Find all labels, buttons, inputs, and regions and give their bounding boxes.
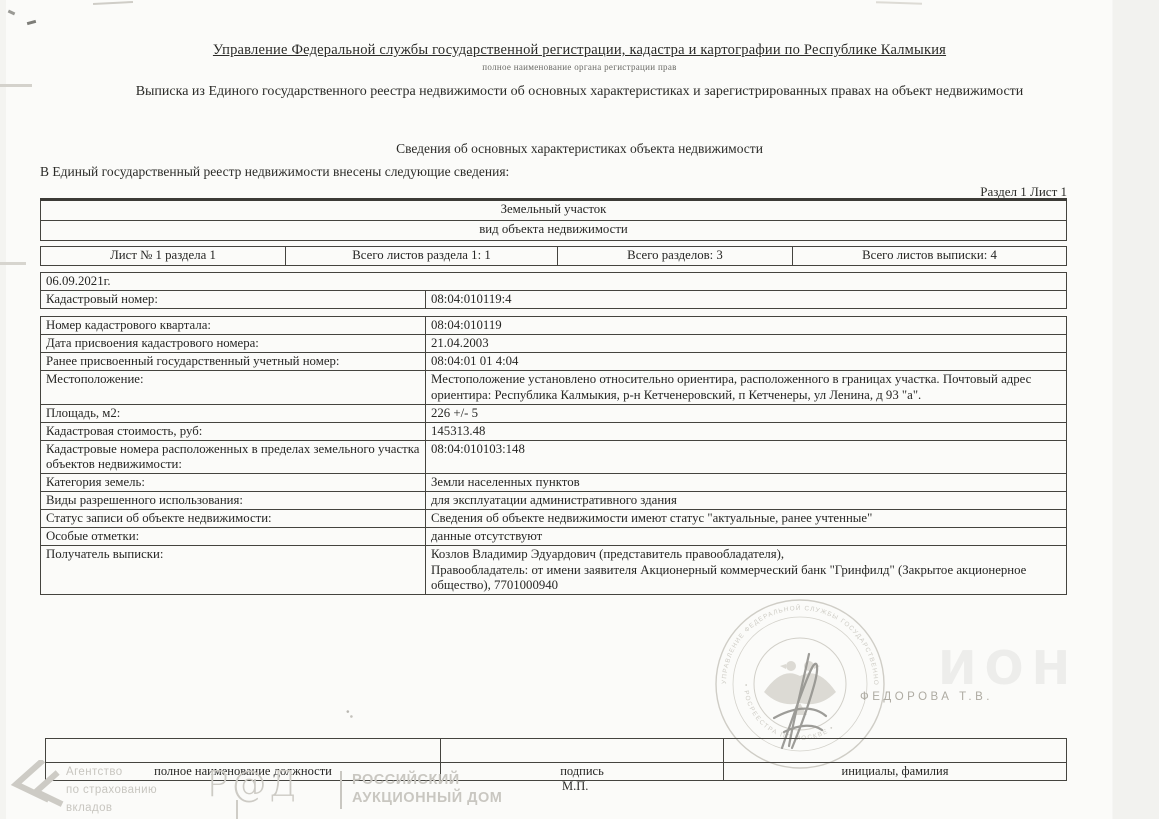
- registration-authority-title: Управление Федеральной службы государств…: [0, 42, 1159, 59]
- scan-streak: [0, 262, 26, 265]
- details-table-top: 06.09.2021г. Кадастровый номер: 08:04:01…: [40, 272, 1067, 309]
- row-label: Статус записи об объекте недвижимости:: [41, 510, 426, 528]
- rad-watermark-text: РОССИЙСКИЙ АУКЦИОННЫЙ ДОМ: [352, 771, 502, 807]
- seal-text-top: УПРАВЛЕНИЕ ФЕДЕРАЛЬНОЙ СЛУЖБЫ ГОСУДАРСТВ…: [712, 596, 879, 686]
- row-label: Площадь, м2:: [41, 404, 426, 422]
- object-type-table: Земельный участок вид объекта недвижимос…: [40, 198, 1067, 241]
- row-value: 08:04:010119:4: [426, 291, 1067, 309]
- asv-logo-icon: [2, 760, 64, 819]
- sheet-number: Лист № 1 раздела 1: [41, 247, 286, 266]
- ghost-watermark: ИОН: [938, 641, 1078, 695]
- total-sections: Всего разделов: 3: [558, 247, 793, 266]
- intro-line: В Единый государственный реестр недвижим…: [40, 164, 509, 180]
- name-cell-empty: [724, 739, 1067, 763]
- row-value: Местоположение установлено относительно …: [426, 371, 1067, 404]
- scanned-document-page: Управление Федеральной службы государств…: [0, 0, 1159, 819]
- rad-logo-divider: [340, 771, 342, 809]
- registrar-name: ФЕДОРОВА Т.В.: [860, 691, 993, 703]
- row-label: Виды разрешенного использования:: [41, 492, 426, 510]
- details-table: Номер кадастрового квартала: 08:04:01011…: [40, 316, 1067, 595]
- row-value: для эксплуатации административного здани…: [426, 492, 1067, 510]
- scan-speck: [27, 20, 36, 25]
- row-value: Сведения об объекте недвижимости имеют с…: [426, 510, 1067, 528]
- row-label: Номер кадастрового квартала:: [41, 317, 426, 335]
- scan-speck: [343, 706, 355, 720]
- svg-text:УПРАВЛЕНИЕ ФЕДЕРАЛЬНОЙ СЛУЖБЫ: УПРАВЛЕНИЕ ФЕДЕРАЛЬНОЙ СЛУЖБЫ ГОСУДАРСТВ…: [712, 596, 879, 686]
- row-label: Кадастровая стоимость, руб:: [41, 422, 426, 440]
- row-label: Категория земель:: [41, 474, 426, 492]
- seal-place-label: М.П.: [562, 779, 588, 794]
- row-value: 08:04:010119: [426, 317, 1067, 335]
- section-title: Сведения об основных характеристиках объ…: [0, 141, 1159, 157]
- extract-date: 06.09.2021г.: [41, 273, 1067, 291]
- row-value: 145313.48: [426, 422, 1067, 440]
- scan-streak: [876, 1, 922, 5]
- position-cell-empty: [46, 739, 441, 763]
- row-label: Дата присвоения кадастрового номера:: [41, 335, 426, 353]
- eagle-emblem: [764, 661, 836, 715]
- row-label: Кадастровые номера расположенных в преде…: [41, 440, 426, 473]
- asv-watermark-text: Агентство по страхованию вкладов: [66, 764, 157, 817]
- row-label: Местоположение:: [41, 371, 426, 404]
- document-title: Выписка из Единого государственного реес…: [0, 84, 1159, 100]
- object-type-caption: вид объекта недвижимости: [41, 221, 1067, 241]
- row-value: 226 +/- 5: [426, 404, 1067, 422]
- row-value: 08:04:01 01 4:04: [426, 353, 1067, 371]
- row-value: Земли населенных пунктов: [426, 474, 1067, 492]
- main-tables: Земельный участок вид объекта недвижимос…: [40, 198, 1067, 595]
- row-value: данные отсутствуют: [426, 528, 1067, 546]
- sheet-info-table: Лист № 1 раздела 1 Всего листов раздела …: [40, 246, 1067, 266]
- signature-block-table: полное наименование должности подпись ин…: [45, 738, 1067, 781]
- object-type-value: Земельный участок: [41, 200, 1067, 221]
- row-value: 08:04:010103:148: [426, 440, 1067, 473]
- name-column-caption: инициалы, фамилия: [724, 763, 1067, 781]
- rad-logo-glyphs: Р@Д: [207, 764, 299, 805]
- authority-caption: полное наименование органа регистрации п…: [0, 62, 1159, 72]
- scan-streak: [93, 1, 133, 5]
- sheets-in-section: Всего листов раздела 1: 1: [286, 247, 558, 266]
- row-label: Кадастровый номер:: [41, 291, 426, 309]
- signature-cell-empty: [441, 739, 724, 763]
- row-label: Получатель выписки:: [41, 546, 426, 594]
- row-label: Особые отметки:: [41, 528, 426, 546]
- row-value: Козлов Владимир Эдуардович (представител…: [426, 546, 1067, 594]
- total-sheets: Всего листов выписки: 4: [793, 247, 1067, 266]
- row-value: 21.04.2003: [426, 335, 1067, 353]
- scan-speck: [8, 10, 16, 16]
- row-label: Ранее присвоенный государственный учетны…: [41, 353, 426, 371]
